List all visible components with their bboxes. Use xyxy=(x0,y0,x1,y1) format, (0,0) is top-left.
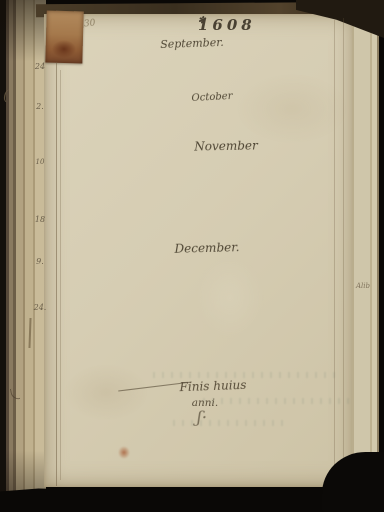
manuscript-scan: 30 ( Alib ✼ 1608 ✼ September. 24 Infans … xyxy=(0,0,384,512)
entry-day: 10 xyxy=(26,158,54,166)
next-page-edge xyxy=(352,10,379,488)
decor-star-icon: ✼ xyxy=(198,16,206,26)
red-stain xyxy=(118,446,130,459)
spine-shadow xyxy=(0,0,46,512)
entry-day: 18 xyxy=(26,215,54,224)
left-margin-rule xyxy=(56,62,57,486)
year-text: 1608 xyxy=(198,16,256,34)
closing-line-2: anni. xyxy=(150,397,260,409)
closing-flourish-glyph: ʃ· xyxy=(181,406,223,430)
adjacent-page-note: Alib xyxy=(356,282,370,290)
folio-number: 30 xyxy=(84,18,96,29)
marginal-paren-mark: ( xyxy=(3,88,8,104)
entry-day: 24 xyxy=(26,62,54,71)
left-margin-rule-inner xyxy=(60,70,61,480)
entry-day: 9. xyxy=(26,257,54,266)
right-fold-line xyxy=(334,20,335,486)
right-fold-line-outer xyxy=(343,18,344,486)
tape-stain xyxy=(52,40,76,58)
entry-day: 2. xyxy=(26,102,54,111)
month-heading-november: November xyxy=(160,138,292,154)
entry-day: 24. xyxy=(26,303,54,312)
